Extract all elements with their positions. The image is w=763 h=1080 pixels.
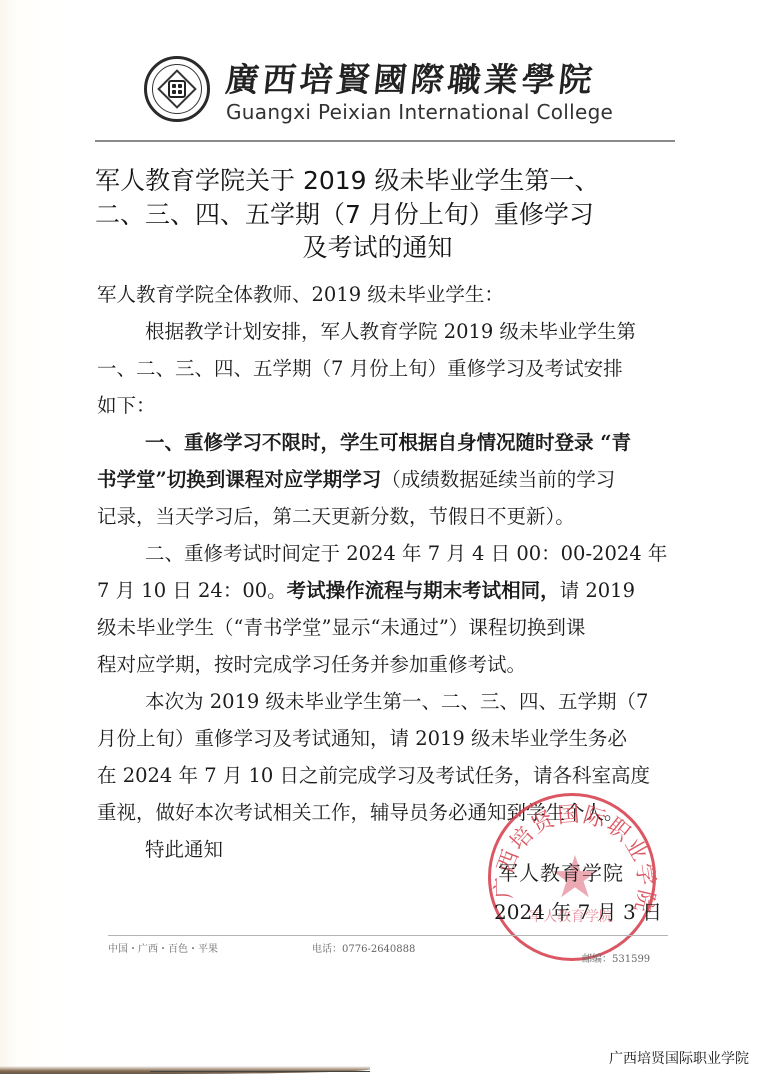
item1-line-3: 记录，当天学习后，第二天更新分数，节假日不更新）。	[97, 498, 685, 535]
item2-line-1: 二、重修考试时间定于 2024 年 7 月 4 日 00：00-2024 年	[105, 535, 685, 572]
signature-department: 军人教育学院	[498, 857, 624, 886]
paper-edge-line	[150, 1071, 370, 1072]
closing-line-1: 本次为 2019 级未毕业学生第一、二、三、四、五学期（7	[105, 683, 685, 720]
footer-phone: 电话：0776-2640888	[312, 940, 415, 955]
item2-line-4: 程对应学期，按时完成学习任务并参加重修考试。	[97, 646, 685, 683]
item2-line-2: 7 月 10 日 24：00。考试操作流程与期末考试相同，请 2019	[97, 572, 685, 609]
letterhead-divider	[95, 140, 675, 142]
footer-address: 中国・广西・百色・平果	[108, 940, 218, 955]
item1-line-2-bold: 书学堂”切换到课程对应学期学习	[97, 468, 381, 491]
intro-line-2: 一、二、三、四、五学期（7 月份上旬）重修学习及考试安排	[97, 350, 685, 387]
item1-line-2: 书学堂”切换到课程对应学期学习（成绩数据延续当前的学习	[97, 461, 685, 498]
title-line-2: 二、三、四、五学期（7 月份上旬）重修学习	[95, 198, 675, 232]
title-line-1: 军人教育学院关于 2019 级未毕业学生第一、	[95, 164, 675, 198]
footer-divider	[108, 935, 668, 936]
notice-body: 军人教育学院全体教师、2019 级未毕业学生： 根据教学计划安排，军人教育学院 …	[105, 276, 685, 868]
item2-line-3: 级未毕业学生（“青书学堂”显示“未通过”）课程切换到课	[97, 609, 685, 646]
closing-line-2: 月份上旬）重修学习及考试通知，请 2019 级未毕业学生务必	[97, 720, 685, 757]
paper-edge-shadow	[0, 1066, 370, 1074]
college-name-english: Guangxi Peixian International College	[226, 100, 613, 124]
notice-title: 军人教育学院关于 2019 级未毕业学生第一、 二、三、四、五学期（7 月份上旬…	[95, 164, 675, 265]
footer-postcode: 邮编：531599	[582, 950, 650, 965]
salutation: 军人教育学院全体教师、2019 级未毕业学生：	[97, 276, 685, 313]
item2-line-2-a: 7 月 10 日 24：00。	[97, 579, 287, 602]
title-line-3: 及考试的通知	[95, 231, 675, 265]
document-page: 廣西培賢國際職業學院 Guangxi Peixian International…	[0, 0, 763, 1072]
closing-line-3: 在 2024 年 7 月 10 日之前完成学习及考试任务，请各科室高度	[97, 757, 685, 794]
college-name-chinese: 廣西培賢國際職業學院	[224, 54, 599, 101]
letterhead: 廣西培賢國際職業學院 Guangxi Peixian International…	[140, 50, 580, 130]
item2-line-2-b: 请 2019	[560, 579, 635, 602]
item1-line-2-rest: （成绩数据延续当前的学习	[381, 468, 615, 491]
item1-line-1: 一、重修学习不限时，学生可根据自身情况随时登录 “青	[105, 424, 685, 461]
watermark-text: 广西培贤国际职业学院	[609, 1048, 749, 1068]
signature-date: 2024 年 7 月 3 日	[494, 896, 662, 925]
intro-line-1: 根据教学计划安排，军人教育学院 2019 级未毕业学生第	[105, 313, 685, 350]
college-logo-icon	[144, 56, 210, 122]
intro-line-3: 如下：	[97, 387, 685, 424]
item2-line-2-bold: 考试操作流程与期末考试相同，	[287, 579, 560, 602]
